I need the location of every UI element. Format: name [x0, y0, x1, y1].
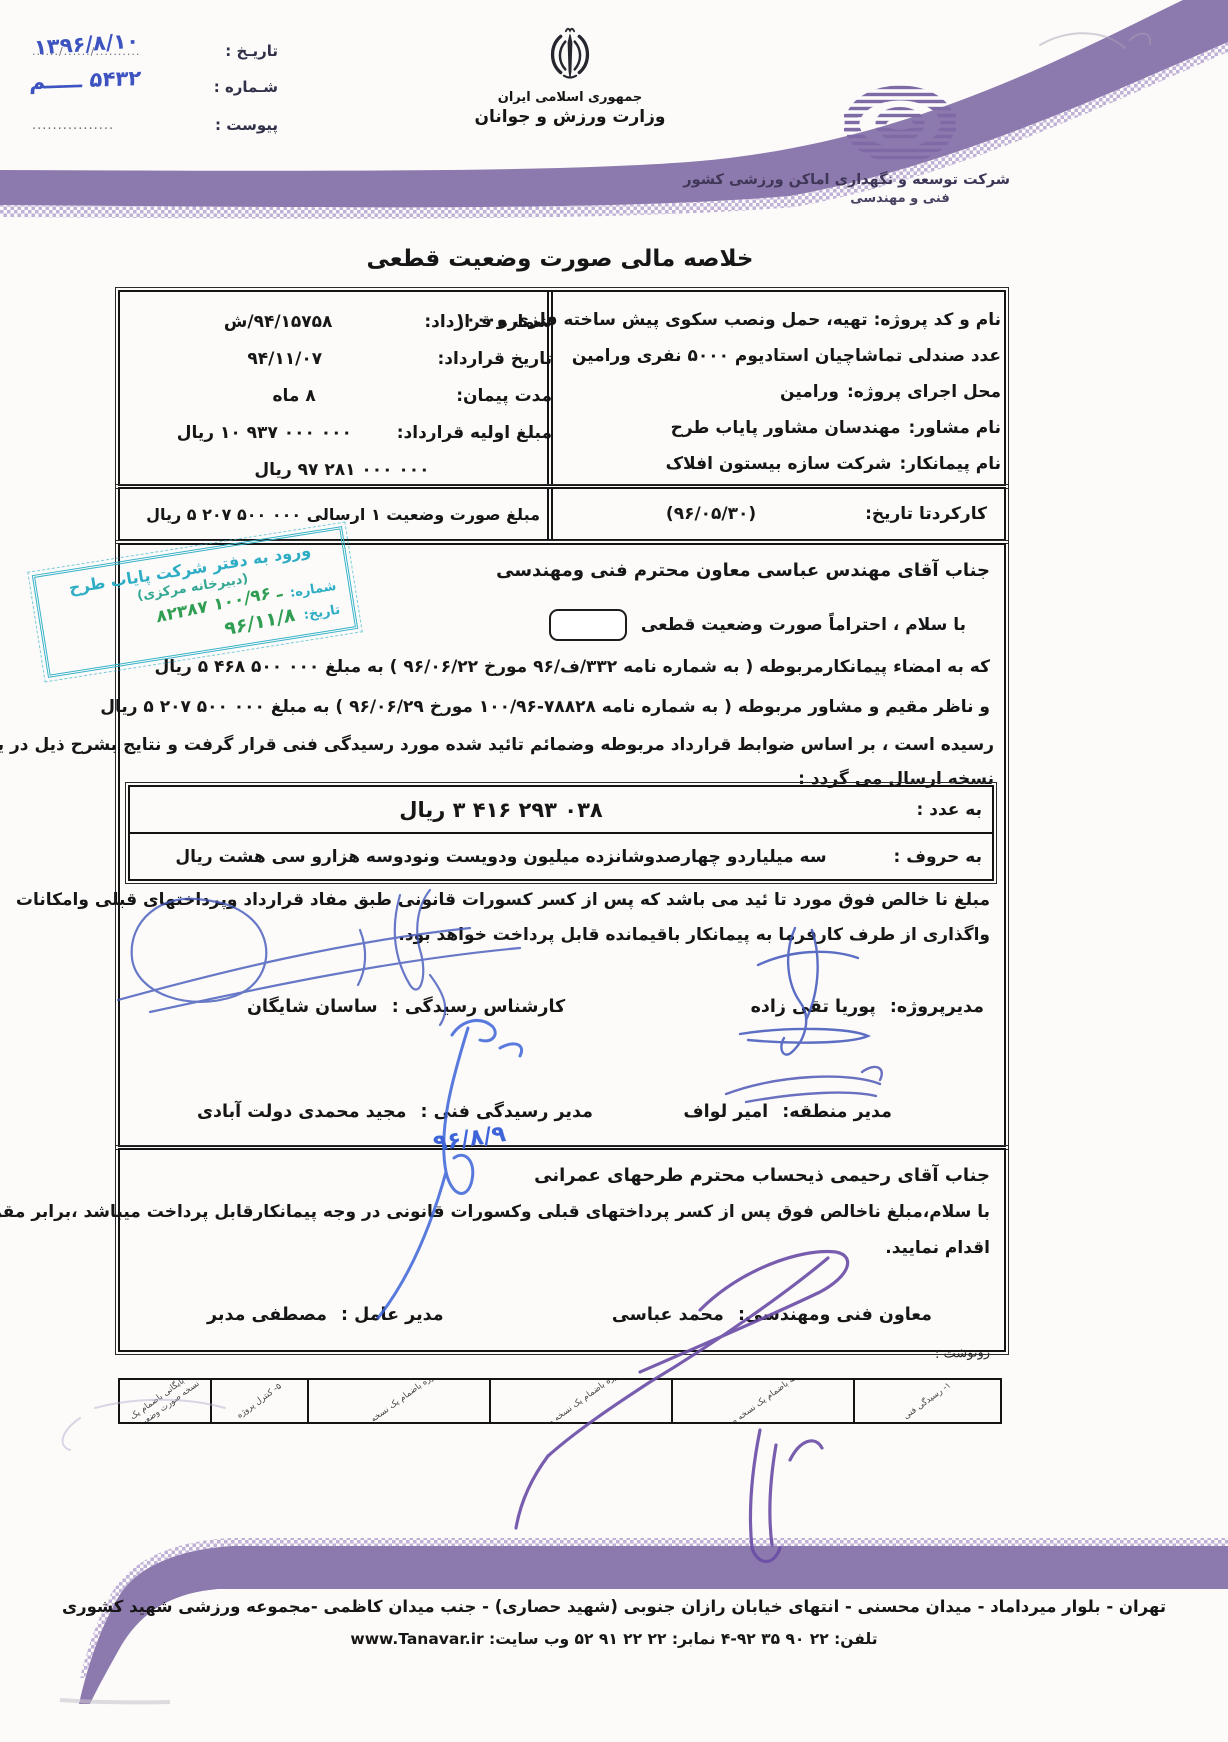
copies-label: رونوشت : [935, 1345, 991, 1362]
attachment-label: پیوست : [215, 116, 278, 134]
amount-words-row: به حروف : سه میلیاردو چهارصدوشانزده میلی… [130, 834, 992, 879]
payment-section: جناب آقای رحیمی ذیحساب محترم طرحهای عمرا… [118, 1148, 1006, 1352]
project-manager-name: پوریا تقی زاده [751, 997, 876, 1017]
distribution-cell: ۲- مدیر منطقه باضمام یک نسخه صورت وضعیت [671, 1380, 853, 1422]
distribution-item: ۵- کنترل پروژه [218, 1380, 301, 1422]
words-label: به حروف : [872, 847, 992, 867]
scanned-letter-page: تاریـخ : ....../....../.......... ۱۳۹۶/۸… [0, 0, 1228, 1742]
project-label: نام و کد پروژه: [874, 302, 1001, 338]
distribution-cell: ۳- مشاور پروژه باضمام یک نسخه صورت وضعیت [489, 1380, 671, 1422]
numeric-value: ⁦۳ ۴۱۶ ۲۹۳ ۰۳۸⁩ ریال [130, 798, 872, 822]
contractor-label: نام پیمانکار: [900, 446, 1002, 482]
distribution-cell: ۵- کنترل پروژه [210, 1380, 307, 1422]
date-label: تاریـخ : [225, 42, 278, 60]
contract-no-value: ۹۴/۱۵۷۵۸/ش [132, 304, 424, 341]
section4-line1: با سلام،مبلغ ناخالص فوق پس از کسر پرداخت… [0, 1202, 990, 1222]
distribution-item: ۳- مشاور پروژه باضمام یک نسخه صورت وضعیت [505, 1380, 657, 1422]
distribution-item: ۱- رسیدگی فنی [866, 1380, 990, 1422]
distribution-item: ۲- مدیر منطقه باضمام یک نسخه صورت وضعیت [687, 1380, 839, 1422]
region-manager-name: امیر لواف [683, 1102, 768, 1122]
work-value: (۹۶/۰۵/۳۰) [557, 504, 865, 524]
project-info-cell: نام و کد پروژه: تهیه، حمل ونصب سکوی پیش … [553, 292, 1011, 482]
line-consultant: و ناظر مقیم و مشاور مربوطه ( به شماره نا… [100, 697, 990, 717]
tech-review-signline: مدیر رسیدگی فنی : مجید محمدی دولت آبادی [197, 1102, 593, 1122]
contract-date-value: ۹۴/۱۱/۰۷ [132, 341, 437, 378]
section4-heading: جناب آقای رحیمی ذیحساب محترم طرحهای عمرا… [534, 1165, 990, 1186]
amount-numeric-row: به عدد : ⁦۳ ۴۱۶ ۲۹۳ ۰۳۸⁩ ریال [130, 787, 992, 834]
deputy-name: محمد عباسی [612, 1305, 724, 1325]
line-result: رسیده است ، بر اساس ضوابط قرارداد مربوطه… [0, 735, 994, 755]
consultant-label: نام مشاور: [908, 410, 1001, 446]
words-value: سه میلیاردو چهارصدوشانزده میلیون ودویست … [130, 847, 872, 867]
region-manager-signline: مدیر منطقه: امیر لواف [683, 1102, 892, 1122]
reviewer-name: ساسان شایگان [247, 997, 378, 1017]
project-manager-signline: مدیرپروژه: پوریا تقی زاده [751, 997, 984, 1017]
work-label: کارکردتا تاریخ: [865, 504, 987, 524]
distribution-item: ۴- پیمانکار پروژه باضمام یک نسخه صورت وض… [323, 1380, 475, 1422]
contract-no-label: شماره قرارداد: [424, 304, 552, 341]
distribution-cell: ۱- رسیدگی فنی [853, 1380, 1000, 1422]
deputy-label: معاون فنی ومهندسی: [738, 1305, 932, 1325]
section4-line2: اقدام نمایید. [885, 1238, 990, 1258]
initial-amount-value: ⁦۱۰ ۹۳۷ ۰۰۰ ۰۰۰⁩ ریال [132, 415, 397, 452]
footer-contact: تلفن: ⁦۴-۹۲ ۳۵ ۹۰ ۲۲⁩ نمابر: ⁦۵۲ ۹۱ ۲۲ ۲… [0, 1630, 1228, 1648]
ceo-name: مصطفی مدبر [207, 1305, 327, 1325]
handwritten-number: ۵۴۳۲ ـــــم [29, 66, 142, 94]
duration-value: ۸ ماه [132, 378, 456, 415]
statement-stamp-box [549, 609, 627, 641]
tech-review-name: مجید محمدی دولت آبادی [197, 1102, 406, 1122]
gov-line2: وزارت ورزش و جوانان [470, 107, 670, 127]
numeric-label: به عدد : [872, 800, 992, 820]
initial-amount-value2: ⁦۹۷ ۲۸۱ ۰۰۰ ۰۰۰⁩ ریال [132, 452, 552, 489]
number-label: شـماره : [214, 78, 278, 96]
gov-line1: جمهوری اسلامی ایران [470, 90, 670, 105]
stamp-date-label: تاریخ: [303, 602, 342, 623]
note-line1: مبلغ نا خالص فوق مورد تا ئید می باشد که … [16, 890, 990, 910]
initial-amount-label: مبلغ اولیه قرارداد: [397, 415, 552, 452]
ministry-header: جمهوری اسلامی ایران وزارت ورزش و جوانان [470, 24, 670, 127]
sent-statement: مبلغ صورت وضعیت ۱ ارسالی ⁦۵ ۲۰۷ ۵۰۰ ۰۰۰⁩… [146, 505, 540, 524]
project-manager-label: مدیرپروژه: [890, 997, 984, 1017]
note-line2: واگذاری از طرف کارفرما به پیمانکار باقیم… [398, 925, 990, 945]
ceo-signline: مدیر عامل : مصطفی مدبر [207, 1305, 444, 1325]
amounts-table: به عدد : ⁦۳ ۴۱۶ ۲۹۳ ۰۳۸⁩ ریال به حروف : … [128, 785, 994, 881]
footer-address: تهران - بلوار میرداماد - میدان محسنی - ا… [0, 1597, 1228, 1616]
reviewer-signline: کارشناس رسیدگی : ساسان شایگان [247, 997, 565, 1017]
section3-heading: جناب آقای مهندس عباسی معاون محترم فنی وم… [496, 560, 990, 581]
work-date-cell: کارکردتا تاریخ: (۹۶/۰۵/۳۰) [553, 489, 997, 539]
company-line2: فنی و مهندسی [790, 191, 1010, 206]
location-label: محل اجرای پروژه: [847, 374, 1001, 410]
contractor-value: شرکت سازه بیستون افلاک [666, 446, 892, 482]
region-manager-label: مدیر منطقه: [782, 1102, 892, 1122]
tech-review-label: مدیر رسیدگی فنی : [421, 1102, 593, 1122]
stamp-number-label: شماره: [289, 578, 338, 600]
consultant-value: مهندسان مشاور پایاب طرح [671, 410, 901, 446]
iran-emblem-icon [538, 24, 602, 86]
company-logo-icon [844, 84, 956, 166]
deputy-signline: معاون فنی ومهندسی: محمد عباسی [612, 1305, 932, 1325]
distribution-cell: ۴- پیمانکار پروژه باضمام یک نسخه صورت وض… [307, 1380, 489, 1422]
attachment-dots: ................ [28, 118, 215, 133]
duration-label: مدت پیمان: [456, 378, 552, 415]
distribution-cell: ۶- بایگانی باضمام یک نسخه صورت وضعیت [120, 1380, 210, 1422]
company-header: شرکت توسعه و نگهداری اماکن ورزشی کشور فن… [790, 84, 1010, 206]
distribution-strip: ۱- رسیدگی فنی ۲- مدیر منطقه باضمام یک نس… [118, 1378, 1002, 1424]
contract-detail-cell: شماره قرارداد: ۹۴/۱۵۷۵۸/ش تاریخ قرارداد:… [126, 292, 554, 489]
salam-line: با سلام ، احتراماً صورت وضعیت قطعی [641, 615, 966, 635]
contract-date-label: تاریخ قرارداد: [437, 341, 552, 378]
ribbon-bottom [79, 1546, 1228, 1704]
location-value: ورامین [780, 374, 839, 410]
line-contractor: که به امضاء پیمانکارمربوطه ( به شماره نا… [154, 657, 990, 677]
reviewer-label: کارشناس رسیدگی : [392, 997, 566, 1017]
distribution-item: ۶- بایگانی باضمام یک نسخه صورت وضعیت [122, 1380, 207, 1422]
contract-info-table: نام و کد پروژه: تهیه، حمل ونصب سکوی پیش … [118, 290, 1006, 486]
page-title: خلاصه مالی صورت وضعیت قطعی [118, 246, 1002, 272]
project-text2: عدد صندلی تماشاچیان استادیوم ۵۰۰۰ نفری و… [557, 338, 1001, 374]
work-row-table: کارکردتا تاریخ: (۹۶/۰۵/۳۰) مبلغ صورت وضع… [118, 487, 1006, 541]
company-line1: شرکت توسعه و نگهداری اماکن ورزشی کشور [790, 172, 1010, 188]
ceo-label: مدیر عامل : [341, 1305, 444, 1325]
